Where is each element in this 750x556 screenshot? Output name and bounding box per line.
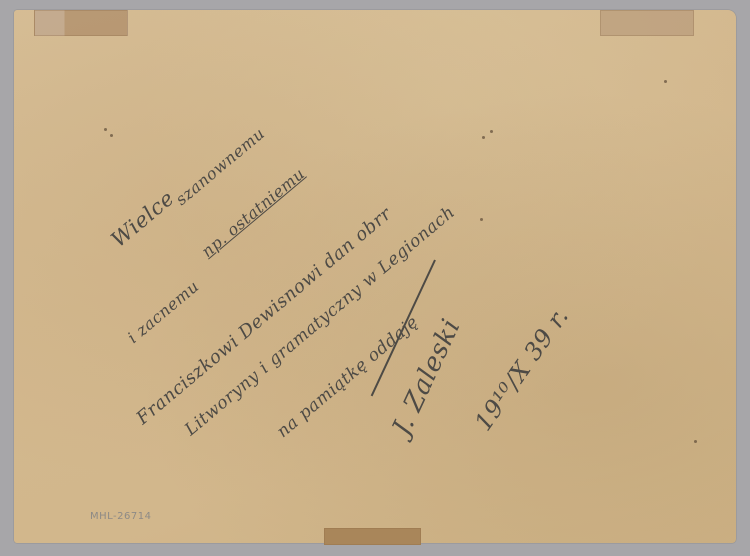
stain [480,218,483,221]
stain [482,136,485,139]
document-sheet: Wielce szanownemu i zacnemu np. ostatnie… [14,10,736,543]
inscription-line-1b: szanownemu [172,124,269,209]
inscription-date: 19¹⁰/X 39 r. [469,303,574,436]
stain [490,130,493,133]
stain [110,134,113,137]
tape-top-left [34,10,128,36]
inscription-line-1: Wielce [107,186,179,252]
tape-top-right [600,10,694,36]
stain [694,440,697,443]
stain [664,80,667,83]
stain [104,128,107,131]
tape-bottom [324,528,421,545]
inscription-line-2: i zacnemu [124,277,203,347]
inventory-number: MHL-26714 [90,511,151,522]
